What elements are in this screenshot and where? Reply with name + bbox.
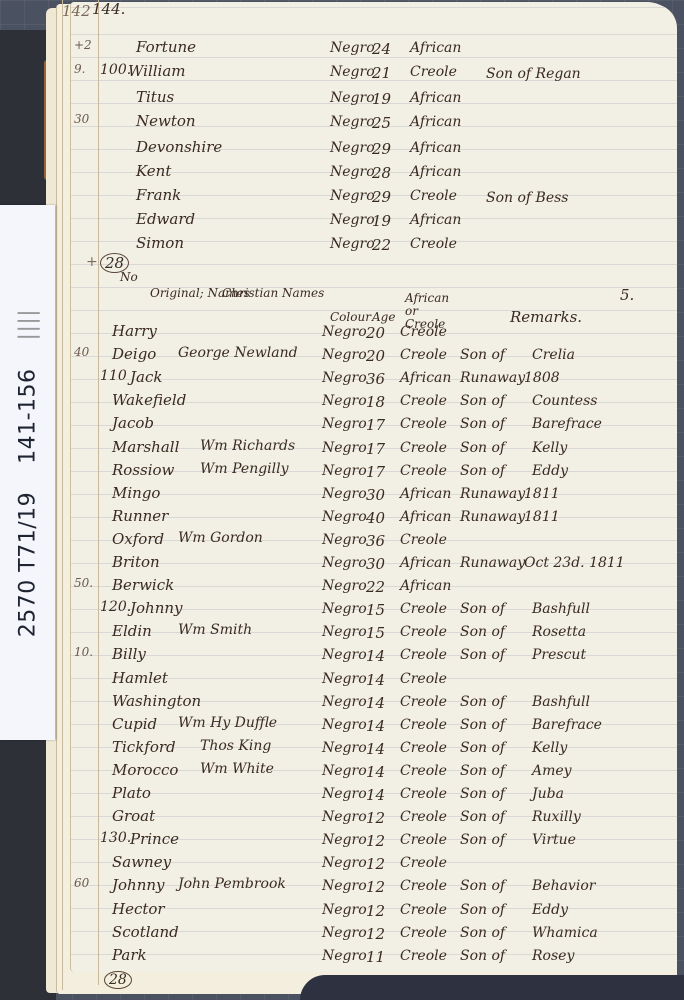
- colour-cell: Negro: [322, 647, 367, 663]
- parent-or-date-cell: Crelia: [532, 347, 575, 363]
- parent-or-date-cell: Eddy: [532, 902, 568, 918]
- page-number: 144.: [92, 0, 125, 18]
- age-cell: 15: [366, 624, 385, 642]
- parent-or-date-cell: 1811: [524, 509, 560, 525]
- age-cell: 17: [366, 463, 385, 481]
- origin-cell: African: [410, 140, 461, 156]
- tally-marks: ||||: [15, 308, 40, 340]
- colour-cell: Negro: [322, 740, 367, 756]
- colour-cell: Negro: [322, 486, 367, 502]
- remarks-cell: Son of Regan: [486, 66, 581, 82]
- original-name: Mingo: [112, 484, 160, 502]
- original-name: Park: [112, 946, 147, 964]
- christian-name: Wm Gordon: [178, 530, 263, 546]
- original-name: Sawney: [112, 853, 171, 871]
- parent-or-date-cell: 1811: [524, 486, 560, 502]
- age-cell: 15: [366, 601, 385, 619]
- age-cell: 24: [372, 40, 391, 58]
- age-cell: 19: [372, 212, 391, 230]
- age-cell: 11: [366, 948, 385, 966]
- christian-name: Wm Hy Duffle: [178, 715, 277, 731]
- relation-cell: Son of: [460, 440, 505, 456]
- archive-reference-text: 2570 T71/19141-156||||: [15, 294, 40, 650]
- relation-cell: Runaway: [460, 509, 525, 525]
- colour-cell: Negro: [322, 624, 367, 640]
- origin-cell: Creole: [400, 624, 447, 640]
- origin-cell: Creole: [400, 647, 447, 663]
- origin-cell: Creole: [400, 855, 447, 871]
- parent-or-date-cell: Eddy: [532, 463, 568, 479]
- age-cell: 14: [366, 717, 385, 735]
- age-cell: 29: [372, 188, 391, 206]
- origin-cell: Creole: [400, 832, 447, 848]
- relation-cell: Runaway: [460, 555, 525, 571]
- age-cell: 22: [366, 578, 385, 596]
- age-cell: 14: [366, 763, 385, 781]
- origin-cell: African: [410, 114, 461, 130]
- relation-cell: Son of: [460, 878, 505, 894]
- parent-or-date-cell: Bashfull: [532, 601, 590, 617]
- folio-range: 141-156: [15, 368, 40, 463]
- parent-or-date-cell: Kelly: [532, 740, 567, 756]
- original-name: Devonshire: [136, 138, 222, 156]
- original-name: Jack: [130, 368, 162, 386]
- age-cell: 12: [366, 855, 385, 873]
- parent-or-date-cell: Barefrace: [532, 717, 602, 733]
- colour-cell: Negro: [322, 694, 367, 710]
- original-name: Frank: [136, 186, 181, 204]
- colour-cell: Negro: [322, 440, 367, 456]
- relation-cell: Son of: [460, 694, 505, 710]
- original-name: Berwick: [112, 576, 174, 594]
- original-name: Tickford: [112, 738, 176, 756]
- age-cell: 20: [366, 324, 385, 342]
- header-remarks: Remarks.: [510, 308, 582, 326]
- parent-or-date-cell: Rosey: [532, 948, 574, 964]
- age-cell: 17: [366, 440, 385, 458]
- colour-cell: Negro: [322, 324, 367, 340]
- parent-or-date-cell: Whamica: [532, 925, 598, 941]
- margin-annotation: 40: [74, 345, 89, 359]
- origin-cell: African: [400, 578, 451, 594]
- age-cell: 14: [366, 786, 385, 804]
- margin-annotation: 9.: [74, 62, 85, 76]
- original-name: Hector: [112, 900, 165, 918]
- original-name: Plato: [112, 784, 151, 802]
- original-name: William: [128, 62, 186, 80]
- age-cell: 28: [372, 164, 391, 182]
- origin-cell: Creole: [400, 948, 447, 964]
- relation-cell: Son of: [460, 393, 505, 409]
- age-cell: 20: [366, 347, 385, 365]
- relation-cell: Son of: [460, 624, 505, 640]
- colour-cell: Negro: [322, 463, 367, 479]
- origin-cell: Creole: [400, 324, 447, 340]
- age-cell: 30: [366, 486, 385, 504]
- age-cell: 21: [372, 64, 391, 82]
- age-cell: 12: [366, 902, 385, 920]
- original-name: Johnny: [112, 876, 165, 894]
- right-page-mark: 5.: [620, 286, 634, 304]
- colour-cell: Negro: [330, 64, 375, 80]
- origin-cell: African: [400, 486, 451, 502]
- colour-cell: Negro: [322, 948, 367, 964]
- colour-cell: Negro: [330, 140, 375, 156]
- entry-number: 130.: [100, 830, 131, 846]
- origin-cell: Creole: [400, 717, 447, 733]
- origin-cell: African: [410, 40, 461, 56]
- original-name: Oxford: [112, 530, 164, 548]
- origin-cell: African: [400, 370, 451, 386]
- original-name: Johnny: [130, 599, 183, 617]
- margin-annotation: 50.: [74, 576, 93, 590]
- age-cell: 22: [372, 236, 391, 254]
- colour-cell: Negro: [322, 347, 367, 363]
- origin-cell: Creole: [400, 786, 447, 802]
- parent-or-date-cell: Rosetta: [532, 624, 586, 640]
- origin-cell: Creole: [400, 671, 447, 687]
- parent-or-date-cell: Bashfull: [532, 694, 590, 710]
- original-name: Jacob: [112, 414, 154, 432]
- parent-or-date-cell: Virtue: [532, 832, 576, 848]
- age-cell: 14: [366, 647, 385, 665]
- colour-cell: Negro: [322, 786, 367, 802]
- relation-cell: Son of: [460, 717, 505, 733]
- relation-cell: Runaway: [460, 486, 525, 502]
- relation-cell: Son of: [460, 740, 505, 756]
- original-name: Harry: [112, 322, 157, 340]
- colour-cell: Negro: [330, 236, 375, 252]
- relation-cell: Son of: [460, 647, 505, 663]
- origin-cell: Creole: [400, 740, 447, 756]
- colour-cell: Negro: [330, 114, 375, 130]
- age-cell: 14: [366, 694, 385, 712]
- archive-reference: 2570 T71/19: [15, 491, 40, 636]
- christian-name: Wm White: [200, 761, 274, 777]
- origin-cell: African: [410, 212, 461, 228]
- margin-annotation: 60: [74, 876, 89, 890]
- parent-or-date-cell: Ruxilly: [532, 809, 581, 825]
- origin-cell: African: [410, 90, 461, 106]
- colour-cell: Negro: [330, 164, 375, 180]
- original-name: Eldin: [112, 622, 152, 640]
- origin-cell: Creole: [400, 601, 447, 617]
- entry-number: 120.: [100, 599, 131, 615]
- colour-cell: Negro: [322, 925, 367, 941]
- relation-cell: Son of: [460, 416, 505, 432]
- colour-cell: Negro: [330, 90, 375, 106]
- book-bottom-edge: [300, 975, 684, 1000]
- original-name: Fortune: [136, 38, 196, 56]
- origin-cell: Creole: [410, 236, 457, 252]
- age-cell: 14: [366, 740, 385, 758]
- origin-cell: African: [410, 164, 461, 180]
- colour-cell: Negro: [322, 555, 367, 571]
- relation-cell: Son of: [460, 948, 505, 964]
- underlying-page-number: 142: [62, 2, 91, 20]
- age-cell: 12: [366, 832, 385, 850]
- colour-cell: Negro: [330, 188, 375, 204]
- original-name: Wakefield: [112, 391, 186, 409]
- origin-cell: Creole: [400, 925, 447, 941]
- parent-or-date-cell: Kelly: [532, 440, 567, 456]
- origin-cell: Creole: [400, 393, 447, 409]
- parent-or-date-cell: 1808: [524, 370, 560, 386]
- original-name: Marshall: [112, 438, 179, 456]
- margin-annotation: 10.: [74, 645, 93, 659]
- page-margin-rule: [98, 0, 99, 985]
- original-name: Billy: [112, 645, 146, 663]
- age-cell: 14: [366, 671, 385, 689]
- page-margin-rule: [62, 0, 63, 990]
- origin-cell: Creole: [400, 878, 447, 894]
- origin-cell: Creole: [400, 809, 447, 825]
- relation-cell: Son of: [460, 809, 505, 825]
- age-cell: 36: [366, 370, 385, 388]
- original-name: Runner: [112, 507, 168, 525]
- christian-name: John Pembrook: [178, 876, 286, 892]
- relation-cell: Son of: [460, 902, 505, 918]
- relation-cell: Son of: [460, 786, 505, 802]
- christian-name: Wm Smith: [178, 622, 252, 638]
- relation-cell: Runaway: [460, 370, 525, 386]
- header-no: No: [120, 270, 138, 284]
- original-name: Simon: [136, 234, 184, 252]
- age-cell: 30: [366, 555, 385, 573]
- colour-cell: Negro: [330, 40, 375, 56]
- age-cell: 36: [366, 532, 385, 550]
- colour-cell: Negro: [322, 601, 367, 617]
- colour-cell: Negro: [322, 393, 367, 409]
- parent-or-date-cell: Juba: [532, 786, 564, 802]
- origin-cell: Creole: [400, 902, 447, 918]
- origin-cell: African: [400, 555, 451, 571]
- colour-cell: Negro: [322, 878, 367, 894]
- header-age: Age: [372, 310, 395, 324]
- archive-reference-slip: 2570 T71/19141-156||||: [0, 205, 55, 740]
- age-cell: 19: [372, 90, 391, 108]
- header-colour: Colour: [330, 310, 371, 324]
- age-cell: 12: [366, 878, 385, 896]
- original-name: Washington: [112, 692, 201, 710]
- christian-name: George Newland: [178, 345, 298, 361]
- colour-cell: Negro: [322, 832, 367, 848]
- original-name: Scotland: [112, 923, 179, 941]
- parent-or-date-cell: Behavior: [532, 878, 595, 894]
- colour-cell: Negro: [322, 763, 367, 779]
- original-name: Deigo: [112, 345, 156, 363]
- christian-name: Wm Richards: [200, 438, 295, 454]
- original-name: Prince: [130, 830, 179, 848]
- relation-cell: Son of: [460, 763, 505, 779]
- origin-cell: Creole: [400, 463, 447, 479]
- origin-cell: Creole: [400, 763, 447, 779]
- original-name: Rossiow: [112, 461, 174, 479]
- entry-number: 110: [100, 368, 127, 384]
- header-christian-names: Christian Names: [222, 286, 324, 300]
- original-name: Hamlet: [112, 669, 168, 687]
- age-cell: 25: [372, 114, 391, 132]
- origin-cell: Creole: [410, 188, 457, 204]
- original-name: Kent: [136, 162, 171, 180]
- cross-mark: +: [86, 254, 98, 270]
- colour-cell: Negro: [322, 902, 367, 918]
- original-name: Edward: [136, 210, 195, 228]
- colour-cell: Negro: [322, 509, 367, 525]
- section-2-total: 28: [104, 972, 132, 988]
- origin-cell: Creole: [400, 694, 447, 710]
- original-name: Morocco: [112, 761, 178, 779]
- colour-cell: Negro: [322, 370, 367, 386]
- relation-cell: Son of: [460, 925, 505, 941]
- relation-cell: Son of: [460, 832, 505, 848]
- relation-cell: Son of: [460, 601, 505, 617]
- margin-annotation: +2: [74, 38, 92, 52]
- age-cell: 12: [366, 809, 385, 827]
- colour-cell: Negro: [322, 416, 367, 432]
- age-cell: 18: [366, 393, 385, 411]
- age-cell: 17: [366, 416, 385, 434]
- christian-name: Wm Pengilly: [200, 461, 289, 477]
- original-name: Newton: [136, 112, 196, 130]
- relation-cell: Son of: [460, 463, 505, 479]
- parent-or-date-cell: Prescut: [532, 647, 586, 663]
- remarks-cell: Son of Bess: [486, 190, 569, 206]
- age-cell: 12: [366, 925, 385, 943]
- colour-cell: Negro: [322, 717, 367, 733]
- origin-cell: Creole: [400, 440, 447, 456]
- colour-cell: Negro: [322, 671, 367, 687]
- origin-cell: Creole: [400, 347, 447, 363]
- origin-cell: African: [400, 509, 451, 525]
- origin-cell: Creole: [410, 64, 457, 80]
- parent-or-date-cell: Oct 23d. 1811: [524, 555, 625, 571]
- colour-cell: Negro: [322, 855, 367, 871]
- origin-cell: Creole: [400, 416, 447, 432]
- entry-number: 100.: [100, 62, 131, 78]
- margin-annotation: 30: [74, 112, 89, 126]
- relation-cell: Son of: [460, 347, 505, 363]
- original-name: Titus: [136, 88, 174, 106]
- parent-or-date-cell: Countess: [532, 393, 597, 409]
- colour-cell: Negro: [330, 212, 375, 228]
- colour-cell: Negro: [322, 809, 367, 825]
- origin-cell: Creole: [400, 532, 447, 548]
- parent-or-date-cell: Amey: [532, 763, 572, 779]
- parent-or-date-cell: Barefrace: [532, 416, 602, 432]
- age-cell: 29: [372, 140, 391, 158]
- original-name: Briton: [112, 553, 160, 571]
- colour-cell: Negro: [322, 578, 367, 594]
- age-cell: 40: [366, 509, 385, 527]
- original-name: Cupid: [112, 715, 157, 733]
- christian-name: Thos King: [200, 738, 271, 754]
- original-name: Groat: [112, 807, 155, 825]
- colour-cell: Negro: [322, 532, 367, 548]
